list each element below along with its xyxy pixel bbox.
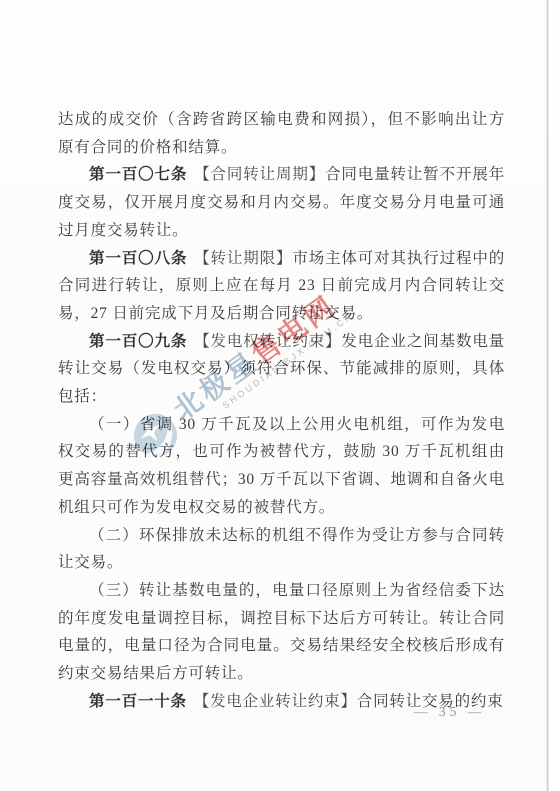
paragraph-text: （三）转让基数电量的，电量口径原则上为省经信委下达的年度发电量调控目标，调控目标… <box>58 582 505 682</box>
article-number: 第一百〇八条 <box>89 250 187 267</box>
paragraph-continuation: 达成的成交价（含跨省跨区输电费和网损），但不影响出让方原有合同的价格和结算。 <box>58 106 505 161</box>
article-title: 【转让期限】 <box>194 250 292 267</box>
list-item-2: （二）环保排放未达标的机组不得作为受让方参与合同转让交易。 <box>58 522 505 577</box>
article-title: 【发电企业转让约束】 <box>194 693 357 710</box>
scan-margin <box>549 0 560 791</box>
article-title: 【合同转让周期】 <box>194 166 325 183</box>
article-number: 第一百〇九条 <box>89 333 187 350</box>
list-item-3: （三）转让基数电量的，电量口径原则上为省经信委下达的年度发电量调控目标，调控目标… <box>58 577 505 688</box>
page-number: — 35 — <box>414 704 485 720</box>
article-107: 第一百〇七条【合同转让周期】合同电量转让暂不开展年度交易，仅开展月度交易和月内交… <box>58 161 505 244</box>
paragraph-text: （一）省调 30 万千瓦及以上公用火电机组，可作为发电权交易的替代方，也可作为被… <box>58 416 505 516</box>
article-number: 第一百〇七条 <box>89 166 187 183</box>
document-page: 达成的成交价（含跨省跨区输电费和网损），但不影响出让方原有合同的价格和结算。 第… <box>0 0 560 791</box>
document-text-block: 达成的成交价（含跨省跨区输电费和网损），但不影响出让方原有合同的价格和结算。 第… <box>58 106 505 715</box>
list-item-1: （一）省调 30 万千瓦及以上公用火电机组，可作为发电权交易的替代方，也可作为被… <box>58 411 505 522</box>
paragraph-text: 达成的成交价（含跨省跨区输电费和网损），但不影响出让方原有合同的价格和结算。 <box>58 111 505 156</box>
article-108: 第一百〇八条【转让期限】市场主体可对其执行过程中的合同进行转让，原则上应在每月 … <box>58 245 505 328</box>
article-title: 【发电权转让约束】 <box>194 333 341 350</box>
article-109: 第一百〇九条【发电权转让约束】发电企业之间基数电量转让交易（发电权交易）须符合环… <box>58 328 505 411</box>
article-number: 第一百一十条 <box>89 693 187 710</box>
paragraph-text: （二）环保排放未达标的机组不得作为受让方参与合同转让交易。 <box>58 527 505 572</box>
scan-edge-line <box>546 0 549 791</box>
